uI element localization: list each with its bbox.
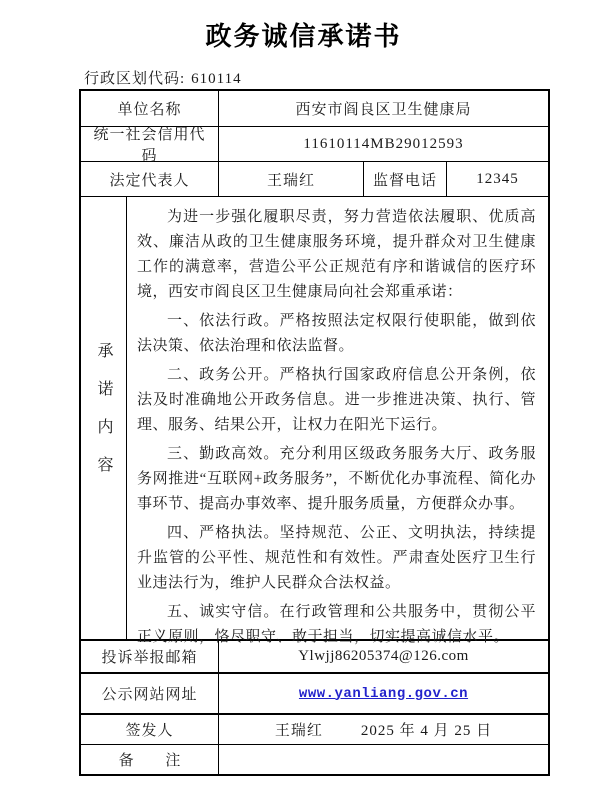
legal-rep-label: 法定代表人 bbox=[81, 162, 219, 196]
website-label: 公示网站网址 bbox=[81, 674, 219, 713]
complaint-email-value: Ylwjj86205374@126.com bbox=[219, 641, 548, 672]
issuer-name: 王瑞红 bbox=[275, 719, 323, 740]
page-title: 政务诚信承诺书 bbox=[0, 0, 607, 53]
remarks-label: 备 注 bbox=[81, 745, 219, 774]
admin-code-value: 610114 bbox=[191, 71, 241, 87]
unit-name-label: 单位名称 bbox=[81, 91, 219, 126]
commitment-paragraph: 四、严格执法。坚持规范、公正、文明执法，持续提升监管的公平性、规范性和有效性。严… bbox=[137, 521, 536, 596]
complaint-email-label: 投诉举报邮箱 bbox=[81, 641, 219, 672]
row-legal-rep: 法定代表人 王瑞红 监督电话 12345 bbox=[81, 161, 548, 196]
supervise-phone-value: 12345 bbox=[447, 162, 548, 196]
row-remarks: 备 注 bbox=[81, 744, 548, 774]
commitment-label: 承诺内容 bbox=[92, 342, 115, 494]
website-link[interactable]: www.yanliang.gov.cn bbox=[299, 686, 468, 702]
admin-division-code: 行政区划代码:610114 bbox=[84, 67, 607, 88]
issuer-value-cell: 王瑞红 2025 年 4 月 25 日 bbox=[219, 715, 548, 744]
row-credit-code: 统一社会信用代码 11610114MB29012593 bbox=[81, 126, 548, 161]
commitment-paragraph: 一、依法行政。严格按照法定权限行使职能，做到依法决策、依法治理和依法监督。 bbox=[137, 309, 536, 359]
supervise-phone-label: 监督电话 bbox=[364, 162, 447, 196]
issue-date: 2025 年 4 月 25 日 bbox=[361, 719, 492, 740]
remarks-value bbox=[219, 745, 548, 774]
admin-code-label: 行政区划代码: bbox=[84, 71, 185, 87]
unit-name-value: 西安市阎良区卫生健康局 bbox=[219, 91, 548, 126]
row-commitment: 承诺内容 为进一步强化履职尽责，努力营造依法履职、优质高效、廉洁从政的卫生健康服… bbox=[81, 196, 548, 639]
commitment-form-table: 单位名称 西安市阎良区卫生健康局 统一社会信用代码 11610114MB2901… bbox=[79, 89, 550, 776]
credit-code-value: 11610114MB29012593 bbox=[219, 127, 548, 161]
issuer-label: 签发人 bbox=[81, 715, 219, 744]
row-website: 公示网站网址 www.yanliang.gov.cn bbox=[81, 672, 548, 713]
row-complaint-email: 投诉举报邮箱 Ylwjj86205374@126.com bbox=[81, 639, 548, 672]
commitment-content: 为进一步强化履职尽责，努力营造依法履职、优质高效、廉洁从政的卫生健康服务环境，提… bbox=[127, 197, 548, 639]
row-issuer: 签发人 王瑞红 2025 年 4 月 25 日 bbox=[81, 713, 548, 744]
row-unit-name: 单位名称 西安市阎良区卫生健康局 bbox=[81, 91, 548, 126]
commitment-paragraph: 为进一步强化履职尽责，努力营造依法履职、优质高效、廉洁从政的卫生健康服务环境，提… bbox=[137, 205, 536, 305]
commitment-paragraph: 二、政务公开。严格执行国家政府信息公开条例，依法及时准确地公开政务信息。进一步推… bbox=[137, 363, 536, 438]
commitment-paragraph: 三、勤政高效。充分利用区级政务服务大厅、政务服务网推进“互联网+政务服务”，不断… bbox=[137, 442, 536, 517]
legal-rep-value: 王瑞红 bbox=[219, 162, 364, 196]
credit-code-label: 统一社会信用代码 bbox=[81, 127, 219, 161]
commitment-label-cell: 承诺内容 bbox=[81, 197, 127, 639]
